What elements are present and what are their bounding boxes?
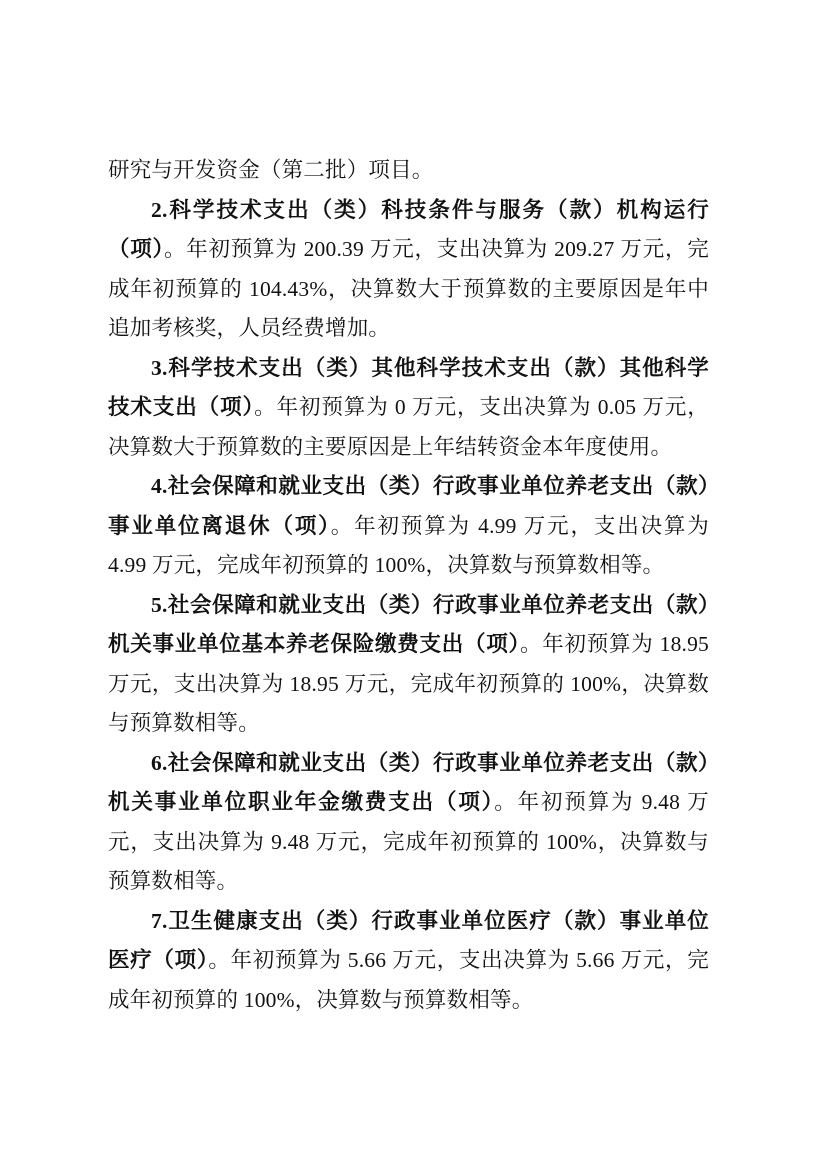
budget-item-3: 3.科学技术支出（类）其他科学技术支出（款）其他科学技术支出（项）。年初预算为 …	[108, 349, 709, 468]
budget-item-2: 2.科学技术支出（类）科技条件与服务（款）机构运行（项）。年初预算为 200.3…	[108, 191, 709, 349]
budget-item-2-body: 。年初预算为 200.39 万元，支出决算为 209.27 万元，完成年初预算的…	[108, 237, 709, 340]
document-content: 研究与开发资金（第二批）项目。 2.科学技术支出（类）科技条件与服务（款）机构运…	[108, 151, 709, 1020]
budget-item-6: 6.社会保障和就业支出（类）行政事业单位养老支出（款）机关事业单位职业年金缴费支…	[108, 744, 709, 902]
paragraph-intro-tail: 研究与开发资金（第二批）项目。	[108, 151, 709, 191]
budget-item-7: 7.卫生健康支出（类）行政事业单位医疗（款）事业单位医疗（项）。年初预算为 5.…	[108, 902, 709, 1021]
budget-item-4: 4.社会保障和就业支出（类）行政事业单位养老支出（款）事业单位离退休（项）。年初…	[108, 467, 709, 586]
budget-item-5: 5.社会保障和就业支出（类）行政事业单位养老支出（款）机关事业单位基本养老保险缴…	[108, 586, 709, 744]
intro-tail-text: 研究与开发资金（第二批）项目。	[108, 158, 434, 182]
document-page: 研究与开发资金（第二批）项目。 2.科学技术支出（类）科技条件与服务（款）机构运…	[0, 0, 826, 1169]
